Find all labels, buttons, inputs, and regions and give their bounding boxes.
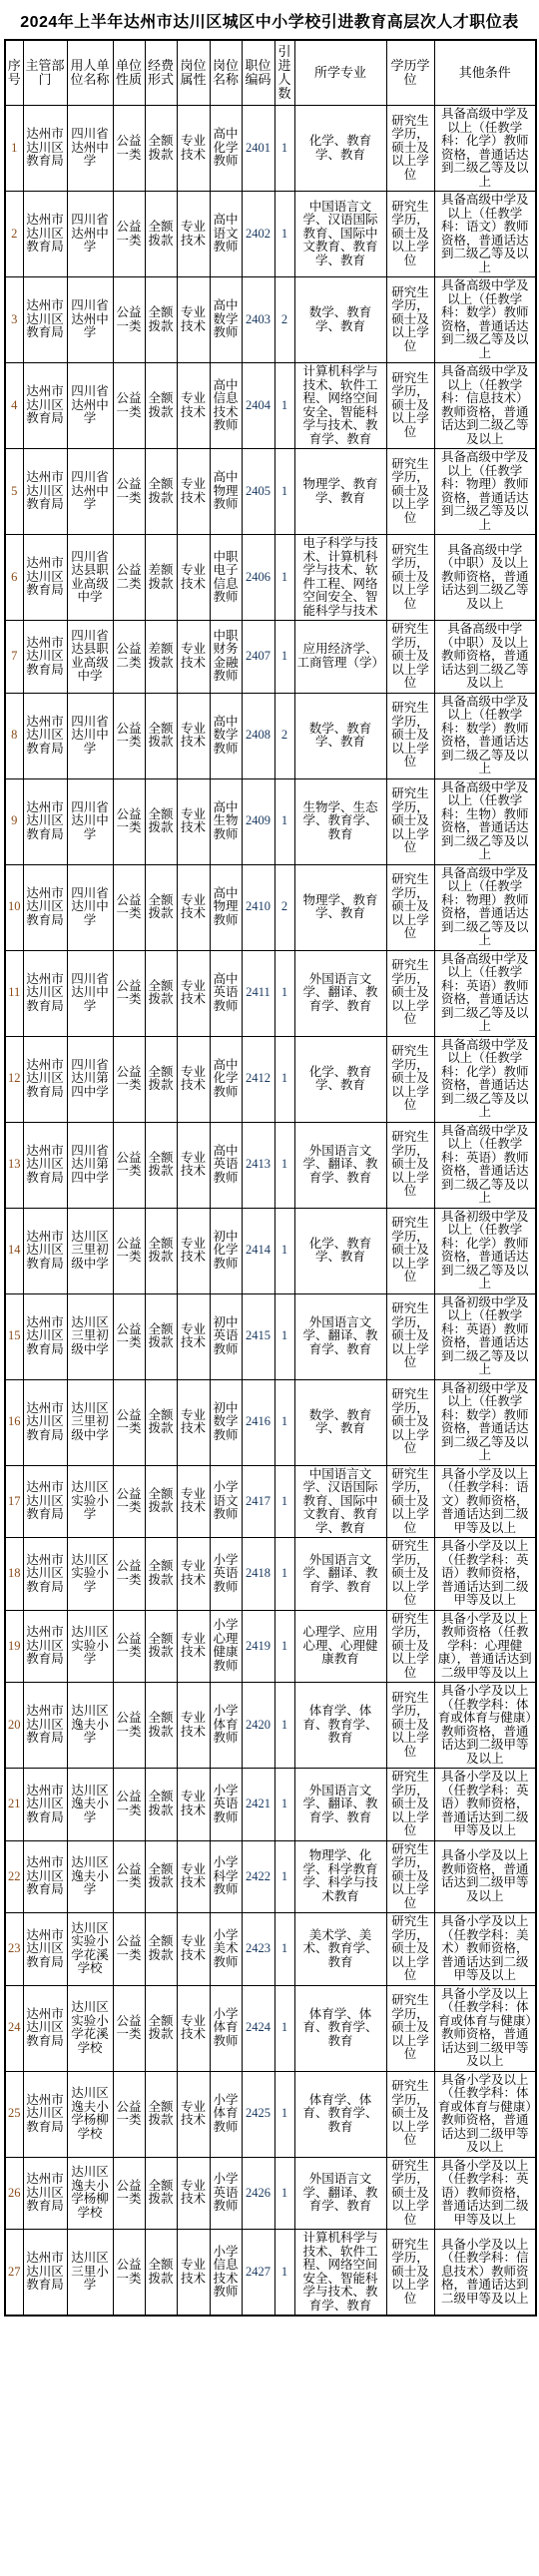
- other-conditions-cell: 具备小学及以上（任教学科：体育或体育与健康）教师资格，普通话达到二级甲等及以上: [434, 1683, 536, 1769]
- post-attribute-cell: 专业技术: [177, 449, 210, 535]
- other-conditions-cell: 具备高级中学及以上（任教学科：信息技术）教师资格，普通话达到二级乙等及以上: [434, 363, 536, 449]
- degree-cell: 研究生学历，硕士及以上学位: [386, 1208, 434, 1293]
- employer-cell: 四川省达川第四中学: [67, 1036, 113, 1122]
- funding-type-cell: 全额拨款: [145, 1465, 177, 1538]
- headcount-cell: 1: [274, 1840, 294, 1913]
- headcount-cell: 1: [274, 1465, 294, 1538]
- other-conditions-cell: 具备小学及以上教师资格（任教学科：心理健康），普通话达到二级甲等及以上: [434, 1610, 536, 1683]
- position-code-cell: 2422: [242, 1840, 274, 1913]
- table-row: 9达州市达川区教育局四川省达川中学公益一类全额拨款专业技术高中生物教师24091…: [5, 778, 536, 864]
- majors-cell: 外国语言文学、翻译、教育学、教育: [294, 950, 386, 1036]
- department-cell: 达州市达川区教育局: [23, 1208, 67, 1293]
- position-code-cell: 2416: [242, 1379, 274, 1465]
- majors-cell: 心理学、应用心理、心理健康教育: [294, 1610, 386, 1683]
- table-row: 25达州市达川区教育局达川区逸夫小学杨柳学校公益一类全额拨款专业技术小学体育教师…: [5, 2071, 536, 2157]
- post-attribute-cell: 专业技术: [177, 1293, 210, 1379]
- row-index-cell: 3: [5, 277, 23, 363]
- position-code-cell: 2411: [242, 950, 274, 1036]
- majors-cell: 外国语言文学、翻译、教育学、教育: [294, 1293, 386, 1379]
- employer-cell: 四川省达州中学: [67, 277, 113, 363]
- row-index-cell: 12: [5, 1036, 23, 1122]
- degree-cell: 研究生学历，硕士及以上学位: [386, 1913, 434, 1986]
- employer-cell: 达川区实验小学花溪学校: [67, 1913, 113, 1986]
- position-code-cell: 2408: [242, 693, 274, 778]
- post-attribute-cell: 专业技术: [177, 950, 210, 1036]
- degree-cell: 研究生学历，硕士及以上学位: [386, 693, 434, 778]
- position-code-cell: 2423: [242, 1913, 274, 1986]
- post-name-cell: 高中信息技术教师: [210, 363, 242, 449]
- majors-cell: 美术学、美术、教育学、教育: [294, 1913, 386, 1986]
- post-name-cell: 高中物理教师: [210, 449, 242, 535]
- headcount-cell: 1: [274, 778, 294, 864]
- position-code-cell: 2425: [242, 2071, 274, 2157]
- funding-type-cell: 全额拨款: [145, 864, 177, 950]
- degree-cell: 研究生学历，硕士及以上学位: [386, 535, 434, 621]
- department-cell: 达州市达川区教育局: [23, 449, 67, 535]
- table-row: 1达州市达川区教育局四川省达州中学公益一类全额拨款专业技术高中化学教师24011…: [5, 106, 536, 192]
- unit-nature-cell: 公益一类: [113, 864, 145, 950]
- funding-type-cell: 全额拨款: [145, 363, 177, 449]
- other-conditions-cell: 具备小学及以上（任教学科：语文）教师资格，普通话达到二级甲等及以上: [434, 1465, 536, 1538]
- degree-cell: 研究生学历，硕士及以上学位: [386, 950, 434, 1036]
- position-code-cell: 2417: [242, 1465, 274, 1538]
- row-index-cell: 22: [5, 1840, 23, 1913]
- majors-cell: 外国语言文学、翻译、教育学、教育: [294, 1122, 386, 1208]
- department-cell: 达州市达川区教育局: [23, 2230, 67, 2317]
- unit-nature-cell: 公益一类: [113, 1465, 145, 1538]
- degree-cell: 研究生学历，硕士及以上学位: [386, 1683, 434, 1769]
- column-header-no: 序号: [5, 40, 23, 106]
- position-code-cell: 2401: [242, 106, 274, 192]
- post-attribute-cell: 专业技术: [177, 1610, 210, 1683]
- other-conditions-cell: 具备高级中学及以上（任教学科：物理）教师资格，普通话达到二级乙等及以上: [434, 864, 536, 950]
- employer-cell: 达川区逸夫小学杨柳学校: [67, 2071, 113, 2157]
- row-index-cell: 21: [5, 1769, 23, 1841]
- table-row: 13达州市达川区教育局四川省达川第四中学公益一类全额拨款专业技术高中英语教师24…: [5, 1122, 536, 1208]
- department-cell: 达州市达川区教育局: [23, 1985, 67, 2071]
- employer-cell: 达川区实验小学: [67, 1465, 113, 1538]
- other-conditions-cell: 具备高级中学及以上（任教学科：英语）教师资格，普通话达到二级乙等及以上: [434, 950, 536, 1036]
- position-code-cell: 2407: [242, 621, 274, 694]
- department-cell: 达州市达川区教育局: [23, 1610, 67, 1683]
- column-header-code: 职位编码: [242, 40, 274, 106]
- post-attribute-cell: 专业技术: [177, 1769, 210, 1841]
- table-header-row: 序号主管部门用人单位名称单位性质经费形式岗位属性岗位名称职位编码引进人数所学专业…: [5, 40, 536, 106]
- degree-cell: 研究生学历，硕士及以上学位: [386, 1036, 434, 1122]
- table-row: 18达州市达川区教育局达川区实验小学公益一类全额拨款专业技术小学英语教师2418…: [5, 1538, 536, 1611]
- other-conditions-cell: 具备小学及以上（任教学科：体育或体育与健康）教师资格，普通话达到二级甲等及以上: [434, 2071, 536, 2157]
- funding-type-cell: 全额拨款: [145, 1683, 177, 1769]
- table-row: 20达州市达川区教育局达川区逸夫小学公益一类全额拨款专业技术小学体育教师2420…: [5, 1683, 536, 1769]
- table-row: 11达州市达川区教育局四川省达川中学公益一类全额拨款专业技术高中英语教师2411…: [5, 950, 536, 1036]
- degree-cell: 研究生学历，硕士及以上学位: [386, 2157, 434, 2230]
- position-code-cell: 2404: [242, 363, 274, 449]
- employer-cell: 四川省达川中学: [67, 693, 113, 778]
- unit-nature-cell: 公益一类: [113, 1985, 145, 2071]
- degree-cell: 研究生学历，硕士及以上学位: [386, 778, 434, 864]
- row-index-cell: 16: [5, 1379, 23, 1465]
- employer-cell: 达川区逸夫小学: [67, 1683, 113, 1769]
- unit-nature-cell: 公益一类: [113, 1610, 145, 1683]
- degree-cell: 研究生学历，硕士及以上学位: [386, 621, 434, 694]
- unit-nature-cell: 公益一类: [113, 778, 145, 864]
- department-cell: 达州市达川区教育局: [23, 1913, 67, 1986]
- column-header-funding: 经费形式: [145, 40, 177, 106]
- employer-cell: 达川区逸夫小学: [67, 1840, 113, 1913]
- post-name-cell: 初中数学教师: [210, 1379, 242, 1465]
- degree-cell: 研究生学历，硕士及以上学位: [386, 192, 434, 277]
- post-name-cell: 小学心理健康教师: [210, 1610, 242, 1683]
- employer-cell: 四川省达川中学: [67, 864, 113, 950]
- degree-cell: 研究生学历，硕士及以上学位: [386, 2071, 434, 2157]
- degree-cell: 研究生学历，硕士及以上学位: [386, 864, 434, 950]
- table-row: 12达州市达川区教育局四川省达川第四中学公益一类全额拨款专业技术高中化学教师24…: [5, 1036, 536, 1122]
- post-name-cell: 小学英语教师: [210, 2157, 242, 2230]
- post-attribute-cell: 专业技术: [177, 535, 210, 621]
- unit-nature-cell: 公益一类: [113, 1122, 145, 1208]
- unit-nature-cell: 公益一类: [113, 363, 145, 449]
- unit-nature-cell: 公益一类: [113, 1293, 145, 1379]
- other-conditions-cell: 具备初级中学及以上（任教学科：数学）教师资格，普通话达到二级乙等及以上: [434, 1379, 536, 1465]
- employer-cell: 达川区实验小学花溪学校: [67, 1985, 113, 2071]
- other-conditions-cell: 具备高级中学及以上（任教学科：化学）教师资格，普通话达到二级乙等及以上: [434, 106, 536, 192]
- post-attribute-cell: 专业技术: [177, 1379, 210, 1465]
- column-header-count: 引进人数: [274, 40, 294, 106]
- headcount-cell: 1: [274, 2071, 294, 2157]
- degree-cell: 研究生学历，硕士及以上学位: [386, 1840, 434, 1913]
- position-code-cell: 2412: [242, 1036, 274, 1122]
- unit-nature-cell: 公益一类: [113, 1379, 145, 1465]
- majors-cell: 计算机科学与技术、软件工程、网络空间安全、智能科学与技术、教育学、教育: [294, 2230, 386, 2317]
- table-row: 15达州市达川区教育局达川区三里初级中学公益一类全额拨款专业技术初中英语教师24…: [5, 1293, 536, 1379]
- unit-nature-cell: 公益二类: [113, 621, 145, 694]
- post-attribute-cell: 专业技术: [177, 864, 210, 950]
- post-name-cell: 高中数学教师: [210, 277, 242, 363]
- department-cell: 达州市达川区教育局: [23, 2071, 67, 2157]
- funding-type-cell: 全额拨款: [145, 1985, 177, 2071]
- row-index-cell: 5: [5, 449, 23, 535]
- table-row: 7达州市达川区教育局四川省达县职业高级中学公益二类差额拨款专业技术中职财务金融教…: [5, 621, 536, 694]
- post-name-cell: 小学体育教师: [210, 1683, 242, 1769]
- other-conditions-cell: 具备高级中学（中职）及以上教师资格，普通话达到二级乙等及以上: [434, 535, 536, 621]
- row-index-cell: 18: [5, 1538, 23, 1611]
- other-conditions-cell: 具备小学及以上教师资格，普通话达到二级甲等及以上: [434, 1840, 536, 1913]
- position-code-cell: 2406: [242, 535, 274, 621]
- post-attribute-cell: 专业技术: [177, 1208, 210, 1293]
- headcount-cell: 1: [274, 1769, 294, 1841]
- position-code-cell: 2419: [242, 1610, 274, 1683]
- post-name-cell: 中职电子信息教师: [210, 535, 242, 621]
- position-code-cell: 2415: [242, 1293, 274, 1379]
- employer-cell: 四川省达川第四中学: [67, 1122, 113, 1208]
- degree-cell: 研究生学历，硕士及以上学位: [386, 1122, 434, 1208]
- row-index-cell: 17: [5, 1465, 23, 1538]
- unit-nature-cell: 公益二类: [113, 535, 145, 621]
- post-attribute-cell: 专业技术: [177, 778, 210, 864]
- table-row: 3达州市达川区教育局四川省达州中学公益一类全额拨款专业技术高中数学教师24032…: [5, 277, 536, 363]
- other-conditions-cell: 具备高级中学及以上（任教学科：数学）教师资格，普通话达到二级乙等及以上: [434, 693, 536, 778]
- header-row: 序号主管部门用人单位名称单位性质经费形式岗位属性岗位名称职位编码引进人数所学专业…: [5, 40, 536, 106]
- majors-cell: 外国语言文学、翻译、教育学、教育: [294, 1769, 386, 1841]
- table-row: 26达州市达川区教育局达川区逸夫小学杨柳学校公益一类全额拨款专业技术小学英语教师…: [5, 2157, 536, 2230]
- column-header-dept: 主管部门: [23, 40, 67, 106]
- post-name-cell: 初中化学教师: [210, 1208, 242, 1293]
- unit-nature-cell: 公益一类: [113, 2230, 145, 2317]
- department-cell: 达州市达川区教育局: [23, 1769, 67, 1841]
- degree-cell: 研究生学历，硕士及以上学位: [386, 1465, 434, 1538]
- row-index-cell: 10: [5, 864, 23, 950]
- majors-cell: 化学、教育学、教育: [294, 1036, 386, 1122]
- position-code-cell: 2409: [242, 778, 274, 864]
- position-code-cell: 2418: [242, 1538, 274, 1611]
- unit-nature-cell: 公益一类: [113, 1208, 145, 1293]
- majors-cell: 化学、教育学、教育: [294, 1208, 386, 1293]
- post-attribute-cell: 专业技术: [177, 1036, 210, 1122]
- employer-cell: 达川区三里初级中学: [67, 1379, 113, 1465]
- table-row: 6达州市达川区教育局四川省达县职业高级中学公益二类差额拨款专业技术中职电子信息教…: [5, 535, 536, 621]
- majors-cell: 生物学、生态学、教育学、教育: [294, 778, 386, 864]
- post-attribute-cell: 专业技术: [177, 693, 210, 778]
- row-index-cell: 9: [5, 778, 23, 864]
- position-code-cell: 2420: [242, 1683, 274, 1769]
- unit-nature-cell: 公益一类: [113, 2157, 145, 2230]
- post-name-cell: 高中数学教师: [210, 693, 242, 778]
- department-cell: 达州市达川区教育局: [23, 106, 67, 192]
- row-index-cell: 27: [5, 2230, 23, 2317]
- department-cell: 达州市达川区教育局: [23, 1293, 67, 1379]
- headcount-cell: 1: [274, 106, 294, 192]
- post-attribute-cell: 专业技术: [177, 1465, 210, 1538]
- funding-type-cell: 全额拨款: [145, 1379, 177, 1465]
- post-name-cell: 高中生物教师: [210, 778, 242, 864]
- post-attribute-cell: 专业技术: [177, 2230, 210, 2317]
- post-attribute-cell: 专业技术: [177, 2071, 210, 2157]
- funding-type-cell: 全额拨款: [145, 1610, 177, 1683]
- headcount-cell: 2: [274, 693, 294, 778]
- department-cell: 达州市达川区教育局: [23, 363, 67, 449]
- headcount-cell: 1: [274, 192, 294, 277]
- post-attribute-cell: 专业技术: [177, 106, 210, 192]
- majors-cell: 计算机科学与技术、软件工程、网络空间安全、智能科学与技术、教育学、教育: [294, 363, 386, 449]
- department-cell: 达州市达川区教育局: [23, 192, 67, 277]
- funding-type-cell: 全额拨款: [145, 950, 177, 1036]
- department-cell: 达州市达川区教育局: [23, 1465, 67, 1538]
- post-attribute-cell: 专业技术: [177, 621, 210, 694]
- post-attribute-cell: 专业技术: [177, 2157, 210, 2230]
- funding-type-cell: 全额拨款: [145, 1538, 177, 1611]
- funding-type-cell: 差额拨款: [145, 535, 177, 621]
- department-cell: 达州市达川区教育局: [23, 277, 67, 363]
- other-conditions-cell: 具备小学及以上（任教学科：英语）教师资格，普通话达到二级甲等及以上: [434, 2157, 536, 2230]
- headcount-cell: 1: [274, 2157, 294, 2230]
- recruitment-table-page: 2024年上半年达州市达川区城区中小学校引进教育高层次人才职位表 序号主管部门用…: [0, 0, 539, 2317]
- degree-cell: 研究生学历，硕士及以上学位: [386, 1985, 434, 2071]
- table-row: 22达州市达川区教育局达川区逸夫小学公益一类全额拨款专业技术小学科学教师2422…: [5, 1840, 536, 1913]
- unit-nature-cell: 公益一类: [113, 1683, 145, 1769]
- employer-cell: 四川省达州中学: [67, 192, 113, 277]
- funding-type-cell: 全额拨款: [145, 192, 177, 277]
- position-code-cell: 2414: [242, 1208, 274, 1293]
- column-header-majors: 所学专业: [294, 40, 386, 106]
- post-name-cell: 小学英语教师: [210, 1538, 242, 1611]
- post-attribute-cell: 专业技术: [177, 192, 210, 277]
- employer-cell: 四川省达州中学: [67, 363, 113, 449]
- unit-nature-cell: 公益一类: [113, 1913, 145, 1986]
- department-cell: 达州市达川区教育局: [23, 1036, 67, 1122]
- row-index-cell: 23: [5, 1913, 23, 1986]
- funding-type-cell: 全额拨款: [145, 778, 177, 864]
- majors-cell: 体育学、体育、教育学、教育: [294, 2071, 386, 2157]
- other-conditions-cell: 具备高级中学及以上（任教学科：英语）教师资格，普通话达到二级乙等及以上: [434, 1122, 536, 1208]
- headcount-cell: 1: [274, 363, 294, 449]
- unit-nature-cell: 公益一类: [113, 950, 145, 1036]
- employer-cell: 四川省达县职业高级中学: [67, 535, 113, 621]
- degree-cell: 研究生学历，硕士及以上学位: [386, 277, 434, 363]
- post-attribute-cell: 专业技术: [177, 277, 210, 363]
- post-attribute-cell: 专业技术: [177, 1683, 210, 1769]
- position-code-cell: 2424: [242, 1985, 274, 2071]
- post-name-cell: 高中化学教师: [210, 1036, 242, 1122]
- post-name-cell: 高中英语教师: [210, 1122, 242, 1208]
- degree-cell: 研究生学历，硕士及以上学位: [386, 449, 434, 535]
- department-cell: 达州市达川区教育局: [23, 1538, 67, 1611]
- row-index-cell: 1: [5, 106, 23, 192]
- other-conditions-cell: 具备小学及以上（任教学科：英语）教师资格，普通话达到二级甲等及以上: [434, 1538, 536, 1611]
- headcount-cell: 1: [274, 449, 294, 535]
- post-attribute-cell: 专业技术: [177, 363, 210, 449]
- table-row: 24达州市达川区教育局达川区实验小学花溪学校公益一类全额拨款专业技术小学体育教师…: [5, 1985, 536, 2071]
- department-cell: 达州市达川区教育局: [23, 1840, 67, 1913]
- degree-cell: 研究生学历，硕士及以上学位: [386, 2230, 434, 2317]
- degree-cell: 研究生学历，硕士及以上学位: [386, 1379, 434, 1465]
- department-cell: 达州市达川区教育局: [23, 1683, 67, 1769]
- column-header-degree: 学历学位: [386, 40, 434, 106]
- majors-cell: 中国语言文学、汉语国际教育、国际中文教育、教育学、教育: [294, 192, 386, 277]
- post-attribute-cell: 专业技术: [177, 1538, 210, 1611]
- funding-type-cell: 全额拨款: [145, 2071, 177, 2157]
- funding-type-cell: 全额拨款: [145, 2157, 177, 2230]
- other-conditions-cell: 具备初级中学及以上（任教学科：英语）教师资格，普通话达到二级乙等及以上: [434, 1293, 536, 1379]
- employer-cell: 四川省达县职业高级中学: [67, 621, 113, 694]
- headcount-cell: 1: [274, 1683, 294, 1769]
- position-code-cell: 2402: [242, 192, 274, 277]
- funding-type-cell: 全额拨款: [145, 2230, 177, 2317]
- post-name-cell: 高中化学教师: [210, 106, 242, 192]
- table-row: 27达州市达川区教育局达川区三里小学公益一类全额拨款专业技术小学信息技术教师24…: [5, 2230, 536, 2317]
- unit-nature-cell: 公益一类: [113, 106, 145, 192]
- majors-cell: 物理学、教育学、教育: [294, 864, 386, 950]
- employer-cell: 达川区实验小学: [67, 1538, 113, 1611]
- position-code-cell: 2426: [242, 2157, 274, 2230]
- positions-table: 序号主管部门用人单位名称单位性质经费形式岗位属性岗位名称职位编码引进人数所学专业…: [4, 39, 537, 2317]
- unit-nature-cell: 公益一类: [113, 192, 145, 277]
- department-cell: 达州市达川区教育局: [23, 864, 67, 950]
- funding-type-cell: 全额拨款: [145, 1769, 177, 1841]
- majors-cell: 外国语言文学、翻译、教育学、教育: [294, 2157, 386, 2230]
- table-row: 17达州市达川区教育局达川区实验小学公益一类全额拨款专业技术小学语文教师2417…: [5, 1465, 536, 1538]
- majors-cell: 数学、教育学、教育: [294, 1379, 386, 1465]
- post-name-cell: 小学体育教师: [210, 2071, 242, 2157]
- majors-cell: 外国语言文学、翻译、教育学、教育: [294, 1538, 386, 1611]
- funding-type-cell: 全额拨款: [145, 277, 177, 363]
- position-code-cell: 2421: [242, 1769, 274, 1841]
- employer-cell: 达川区逸夫小学: [67, 1769, 113, 1841]
- employer-cell: 四川省达川中学: [67, 778, 113, 864]
- degree-cell: 研究生学历，硕士及以上学位: [386, 106, 434, 192]
- post-name-cell: 高中英语教师: [210, 950, 242, 1036]
- post-name-cell: 高中语文教师: [210, 192, 242, 277]
- employer-cell: 达川区三里小学: [67, 2230, 113, 2317]
- funding-type-cell: 全额拨款: [145, 106, 177, 192]
- employer-cell: 四川省达州中学: [67, 449, 113, 535]
- column-header-attr: 岗位属性: [177, 40, 210, 106]
- table-row: 19达州市达川区教育局达川区实验小学公益一类全额拨款专业技术小学心理健康教师24…: [5, 1610, 536, 1683]
- headcount-cell: 1: [274, 1379, 294, 1465]
- row-index-cell: 6: [5, 535, 23, 621]
- post-name-cell: 小学体育教师: [210, 1985, 242, 2071]
- majors-cell: 电子科学与技术、计算机科学与技术、软件工程、网络空间安全、智能科学与技术: [294, 535, 386, 621]
- unit-nature-cell: 公益一类: [113, 1036, 145, 1122]
- funding-type-cell: 全额拨款: [145, 1293, 177, 1379]
- post-name-cell: 中职财务金融教师: [210, 621, 242, 694]
- row-index-cell: 24: [5, 1985, 23, 2071]
- funding-type-cell: 全额拨款: [145, 693, 177, 778]
- post-name-cell: 小学科学教师: [210, 1840, 242, 1913]
- headcount-cell: 1: [274, 621, 294, 694]
- other-conditions-cell: 具备高级中学及以上（任教学科：数学）教师资格，普通话达到二级乙等及以上: [434, 277, 536, 363]
- row-index-cell: 20: [5, 1683, 23, 1769]
- headcount-cell: 1: [274, 2230, 294, 2317]
- majors-cell: 物理学、教育学、教育: [294, 449, 386, 535]
- column-header-nature: 单位性质: [113, 40, 145, 106]
- department-cell: 达州市达川区教育局: [23, 778, 67, 864]
- post-name-cell: 初中英语教师: [210, 1293, 242, 1379]
- department-cell: 达州市达川区教育局: [23, 2157, 67, 2230]
- row-index-cell: 25: [5, 2071, 23, 2157]
- department-cell: 达州市达川区教育局: [23, 535, 67, 621]
- post-name-cell: 高中物理教师: [210, 864, 242, 950]
- other-conditions-cell: 具备小学及以上（任教学科：信息技术）教师资格，普通话达到二级甲等及以上: [434, 2230, 536, 2317]
- other-conditions-cell: 具备高级中学及以上（任教学科：生物）教师资格，普通话达到二级乙等及以上: [434, 778, 536, 864]
- degree-cell: 研究生学历，硕士及以上学位: [386, 1538, 434, 1611]
- row-index-cell: 8: [5, 693, 23, 778]
- other-conditions-cell: 具备高级中学及以上（任教学科：物理）教师资格，普通话达到二级乙等及以上: [434, 449, 536, 535]
- post-name-cell: 小学信息技术教师: [210, 2230, 242, 2317]
- table-row: 21达州市达川区教育局达川区逸夫小学公益一类全额拨款专业技术小学英语教师2421…: [5, 1769, 536, 1841]
- unit-nature-cell: 公益一类: [113, 693, 145, 778]
- position-code-cell: 2410: [242, 864, 274, 950]
- headcount-cell: 1: [274, 1538, 294, 1611]
- department-cell: 达州市达川区教育局: [23, 1122, 67, 1208]
- other-conditions-cell: 具备小学及以上（任教学科：体育或体育与健康）教师资格，普通话达到二级甲等及以上: [434, 1985, 536, 2071]
- page-title: 2024年上半年达州市达川区城区中小学校引进教育高层次人才职位表: [0, 0, 539, 39]
- unit-nature-cell: 公益一类: [113, 2071, 145, 2157]
- row-index-cell: 15: [5, 1293, 23, 1379]
- other-conditions-cell: 具备高级中学及以上（任教学科：语文）教师资格，普通话达到二级乙等及以上: [434, 192, 536, 277]
- employer-cell: 达川区三里初级中学: [67, 1208, 113, 1293]
- degree-cell: 研究生学历，硕士及以上学位: [386, 363, 434, 449]
- position-code-cell: 2403: [242, 277, 274, 363]
- table-row: 14达州市达川区教育局达川区三里初级中学公益一类全额拨款专业技术初中化学教师24…: [5, 1208, 536, 1293]
- department-cell: 达州市达川区教育局: [23, 1379, 67, 1465]
- headcount-cell: 1: [274, 950, 294, 1036]
- employer-cell: 四川省达川中学: [67, 950, 113, 1036]
- degree-cell: 研究生学历，硕士及以上学位: [386, 1293, 434, 1379]
- funding-type-cell: 全额拨款: [145, 449, 177, 535]
- headcount-cell: 2: [274, 277, 294, 363]
- employer-cell: 达川区三里初级中学: [67, 1293, 113, 1379]
- column-header-post: 岗位名称: [210, 40, 242, 106]
